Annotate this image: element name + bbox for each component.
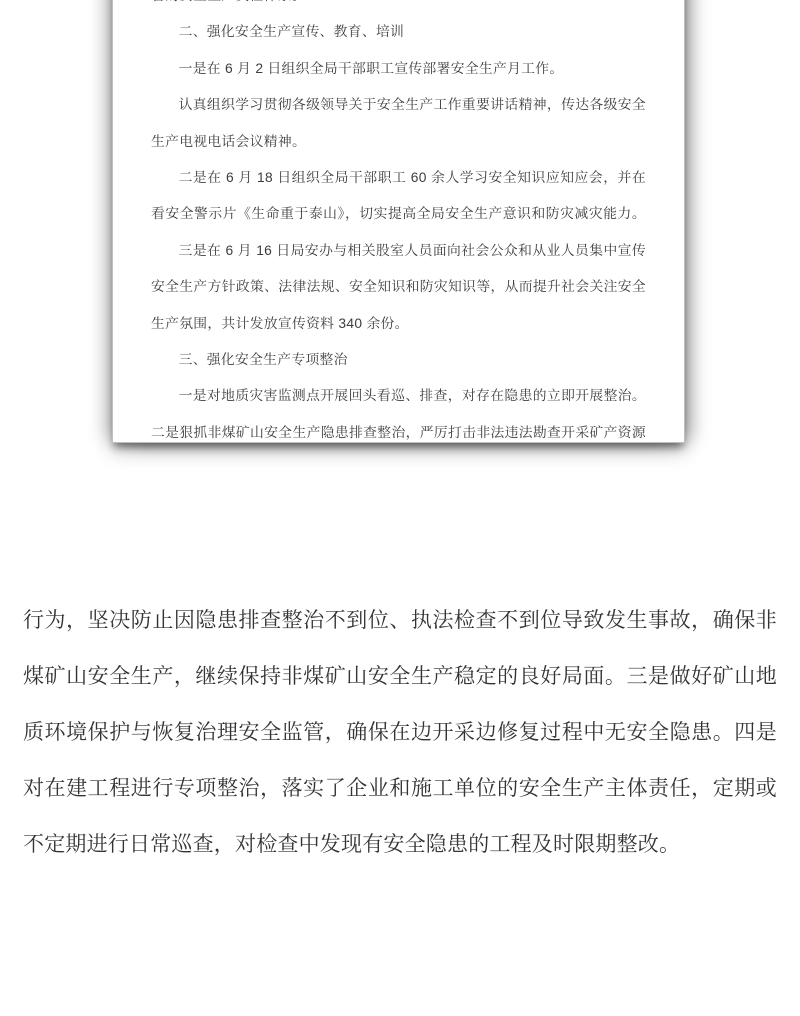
document-body-text: 行为，坚决防止因隐患排查整治不到位、执法检查不到位导致发生事故，确保非 煤矿山安… [23,593,777,873]
document-heading-line: 二、强化安全生产宣传、教育、培训 [151,14,646,50]
document-line: 一是对地质灾害监测点开展回头看巡、排查，对存在隐患的立即开展整治。 [151,378,646,414]
body-text-line: 煤矿山安全生产，继续保持非煤矿山安全生产稳定的良好局面。三是做好矿山地 [23,649,777,705]
document-line: 生产氛围，共计发放宣传资料 340 余份。 [151,306,646,342]
document-page: 管的安全生产责任体系。 二、强化安全生产宣传、教育、培训 一是在 6 月 2 日… [112,0,685,443]
document-line: 一是在 6 月 2 日组织全局干部职工宣传部署安全生产月工作。 [151,51,646,87]
document-line: 生产电视电话会议精神。 [151,124,646,160]
document-line: 三是在 6 月 16 日局安办与相关股室人员面向社会公众和从业人员集中宣传 [151,233,646,269]
document-line: 看安全警示片《生命重于泰山》，切实提高全局安全生产意识和防灾减灾能力。 [151,196,646,232]
document-line: 安全生产方针政策、法律法规、安全知识和防灾知识等，从而提升社会关注安全 [151,269,646,305]
document-line: 二是狠抓非煤矿山安全生产隐患排查整治，严厉打击非法违法勘查开采矿产资源 [151,415,646,443]
document-heading-line: 三、强化安全生产专项整治 [151,342,646,378]
document-viewer: 管的安全生产责任体系。 二、强化安全生产宣传、教育、培训 一是在 6 月 2 日… [0,0,800,1016]
document-line: 认真组织学习贯彻各级领导关于安全生产工作重要讲话精神，传达各级安全 [151,87,646,123]
document-line: 二是在 6 月 18 日组织全局干部职工 60 余人学习安全知识应知应会，并在观 [151,160,646,196]
body-text-line: 行为，坚决防止因隐患排查整治不到位、执法检查不到位导致发生事故，确保非 [23,593,777,649]
body-text-line: 质环境保护与恢复治理安全监管，确保在边开采边修复过程中无安全隐患。四是 [23,705,777,761]
body-text-line: 对在建工程进行专项整治，落实了企业和施工单位的安全生产主体责任，定期或 [23,761,777,817]
document-line: 管的安全生产责任体系。 [151,0,646,14]
body-text-line: 不定期进行日常巡查，对检查中发现有安全隐患的工程及时限期整改。 [23,817,777,873]
